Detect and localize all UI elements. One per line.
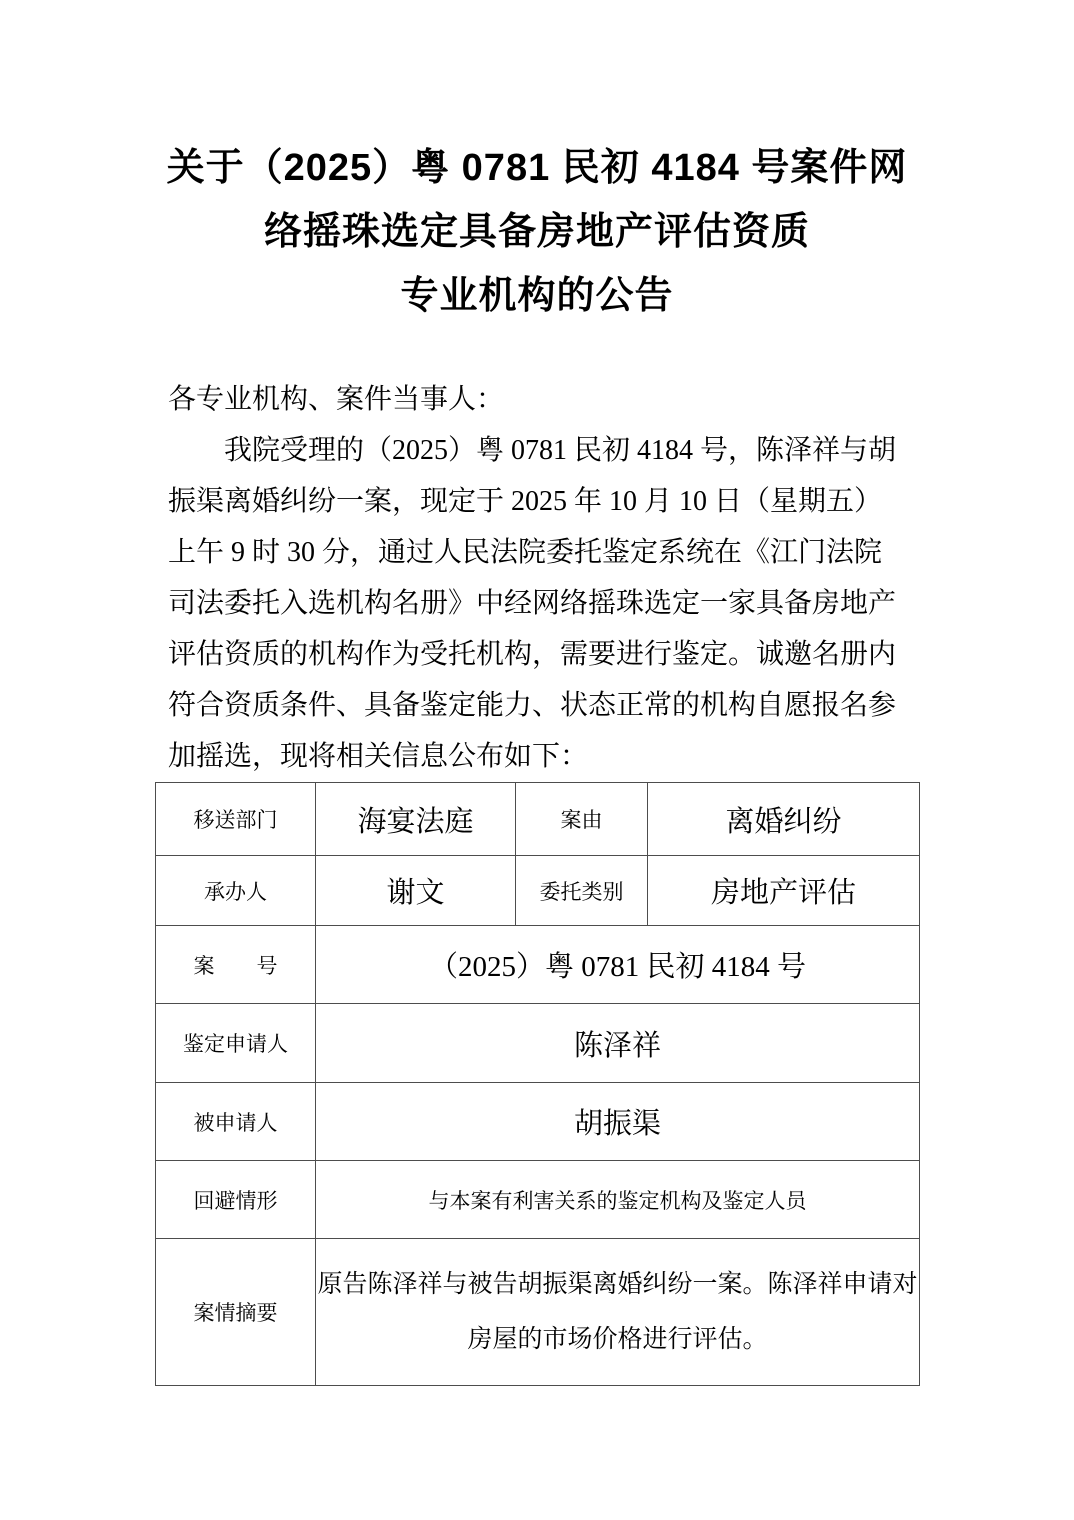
value-cause-of-action: 离婚纠纷 <box>648 783 920 856</box>
case-info-table: 移送部门 海宴法庭 案由 离婚纠纷 承办人 谢文 委托类别 房地产评估 案 号 … <box>155 782 920 1386</box>
salutation-line: 各专业机构、案件当事人： <box>168 374 905 425</box>
value-respondent: 胡振渠 <box>316 1083 920 1161</box>
announcement-body: 各专业机构、案件当事人： 我院受理的（2025）粤 0781 民初 4184 号… <box>168 374 905 782</box>
value-case-number: （2025）粤 0781 民初 4184 号 <box>316 926 920 1004</box>
label-case-number: 案 号 <box>156 926 316 1004</box>
label-transfer-department: 移送部门 <box>156 783 316 856</box>
table-row-transfer-department: 移送部门 海宴法庭 案由 离婚纠纷 <box>156 783 920 856</box>
label-entrustment-type: 委托类别 <box>516 856 648 926</box>
title-line-3: 专业机构的公告 <box>80 264 994 328</box>
table-row-appraisal-applicant: 鉴定申请人 陈泽祥 <box>156 1004 920 1083</box>
document-page: 关于（2025）粤 0781 民初 4184 号案件网 络摇珠选定具备房地产评估… <box>0 0 1074 1520</box>
body-line-3: 上午 9 时 30 分，通过人民法院委托鉴定系统在《江门法院 <box>168 527 905 578</box>
table-row-recusal-circumstances: 回避情形 与本案有利害关系的鉴定机构及鉴定人员 <box>156 1161 920 1239</box>
value-recusal-circumstances: 与本案有利害关系的鉴定机构及鉴定人员 <box>316 1161 920 1239</box>
label-case-handler: 承办人 <box>156 856 316 926</box>
label-cause-of-action: 案由 <box>516 783 648 856</box>
value-appraisal-applicant: 陈泽祥 <box>316 1004 920 1083</box>
title-line-2: 络摇珠选定具备房地产评估资质 <box>80 200 994 264</box>
body-line-4: 司法委托入选机构名册》中经网络摇珠选定一家具备房地产 <box>168 578 905 629</box>
body-line-6: 符合资质条件、具备鉴定能力、状态正常的机构自愿报名参 <box>168 680 905 731</box>
table-row-case-summary: 案情摘要 原告陈泽祥与被告胡振渠离婚纠纷一案。陈泽祥申请对房屋的市场价格进行评估… <box>156 1239 920 1386</box>
body-line-2: 振渠离婚纠纷一案，现定于 2025 年 10 月 10 日（星期五） <box>168 476 905 527</box>
table-row-case-number: 案 号 （2025）粤 0781 民初 4184 号 <box>156 926 920 1004</box>
value-entrustment-type: 房地产评估 <box>648 856 920 926</box>
table-row-case-handler: 承办人 谢文 委托类别 房地产评估 <box>156 856 920 926</box>
value-case-summary: 原告陈泽祥与被告胡振渠离婚纠纷一案。陈泽祥申请对房屋的市场价格进行评估。 <box>316 1239 920 1386</box>
announcement-title: 关于（2025）粤 0781 民初 4184 号案件网 络摇珠选定具备房地产评估… <box>80 136 994 328</box>
table-row-respondent: 被申请人 胡振渠 <box>156 1083 920 1161</box>
body-line-1: 我院受理的（2025）粤 0781 民初 4184 号，陈泽祥与胡 <box>168 425 905 476</box>
label-respondent: 被申请人 <box>156 1083 316 1161</box>
label-case-summary: 案情摘要 <box>156 1239 316 1386</box>
label-recusal-circumstances: 回避情形 <box>156 1161 316 1239</box>
value-case-handler: 谢文 <box>316 856 516 926</box>
title-line-1: 关于（2025）粤 0781 民初 4184 号案件网 <box>80 136 994 200</box>
label-appraisal-applicant: 鉴定申请人 <box>156 1004 316 1083</box>
value-transfer-department: 海宴法庭 <box>316 783 516 856</box>
body-line-5: 评估资质的机构作为受托机构，需要进行鉴定。诚邀名册内 <box>168 629 905 680</box>
body-line-7: 加摇选，现将相关信息公布如下： <box>168 731 905 782</box>
